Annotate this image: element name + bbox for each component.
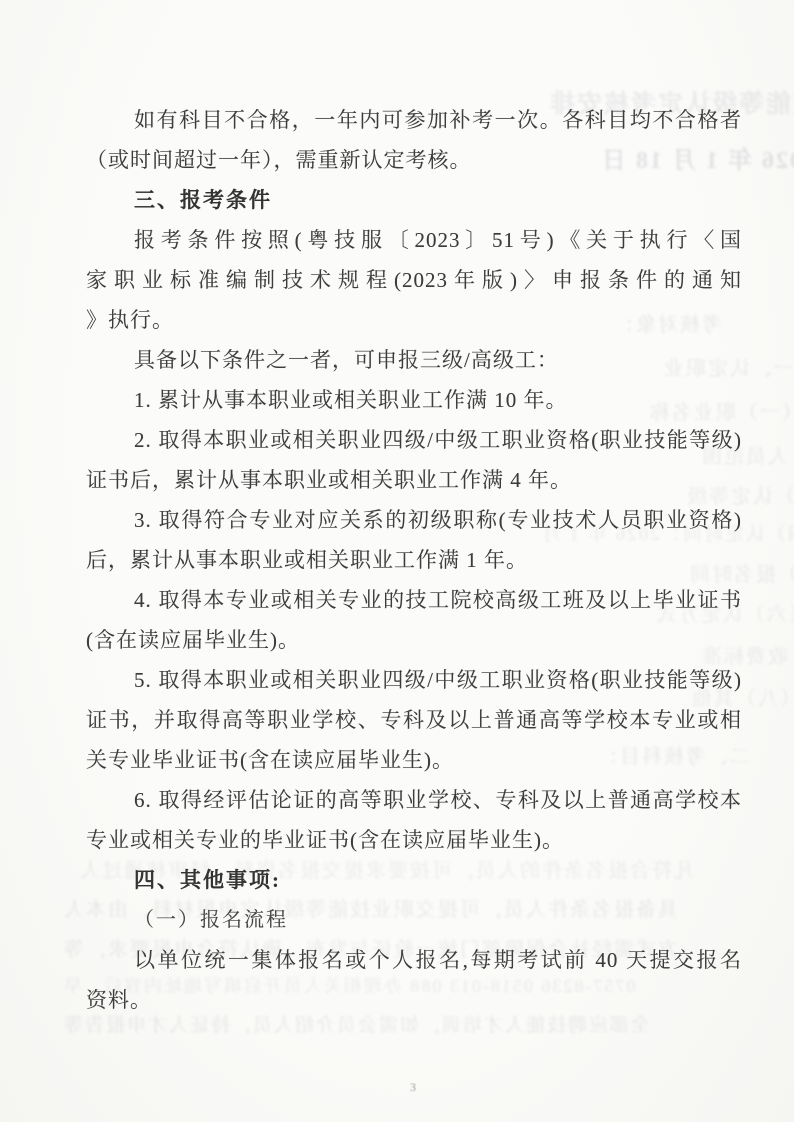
text-line: 4. 取得本专业或相关专业的技工院校高级工班及以上毕业证书 xyxy=(86,580,742,620)
text-line: 家职业标准编制技术规程(2023年版)〉申报条件的通知 xyxy=(86,260,742,300)
document-body: 如有科目不合格，一年内可参加补考一次。各科目均不合格者（或时间超过一年），需重新… xyxy=(86,100,742,1020)
text-line: 1. 累计从事本职业或相关职业工作满 10 年。 xyxy=(86,380,742,420)
text-line: 证书，并取得高等职业学校、专科及以上普通高等学校本专业或相 xyxy=(86,700,742,740)
text-line: 三、报考条件 xyxy=(86,180,742,220)
text-line: 报考条件按照(粤技服〔2023〕51号)《关于执行〈国 xyxy=(86,220,742,260)
text-line: 5. 取得本职业或相关职业四级/中级工职业资格(职业技能等级) xyxy=(86,660,742,700)
text-line: 关专业毕业证书(含在读应届毕业生)。 xyxy=(86,740,742,780)
text-line: 》执行。 xyxy=(86,300,742,340)
text-line: 后，累计从事本职业或相关职业工作满 1 年。 xyxy=(86,540,742,580)
text-line: 3. 取得符合专业对应关系的初级职称(专业技术人员职业资格) xyxy=(86,500,742,540)
document-page: 广东省职业技能等级认定考核安排2026 年 1 月 18 日考核对象：一、认定职… xyxy=(0,0,794,1122)
text-line: 专业或相关专业的毕业证书(含在读应届毕业生)。 xyxy=(86,820,742,860)
text-line: 资料。 xyxy=(86,980,742,1020)
text-line: 以单位统一集体报名或个人报名,每期考试前 40 天提交报名 xyxy=(86,940,742,980)
text-line: （一）报名流程 xyxy=(86,900,742,940)
text-line: (含在读应届毕业生)。 xyxy=(86,620,742,660)
text-line: （或时间超过一年），需重新认定考核。 xyxy=(86,140,742,180)
text-line: 6. 取得经评估论证的高等职业学校、专科及以上普通高学校本 xyxy=(86,780,742,820)
page-number: 3 xyxy=(410,1080,416,1095)
text-line: 2. 取得本职业或相关职业四级/中级工职业资格(职业技能等级) xyxy=(86,420,742,460)
text-line: 四、其他事项: xyxy=(86,860,742,900)
text-line: 如有科目不合格，一年内可参加补考一次。各科目均不合格者 xyxy=(86,100,742,140)
text-line: 证书后，累计从事本职业或相关职业工作满 4 年。 xyxy=(86,460,742,500)
text-line: 具备以下条件之一者，可申报三级/高级工： xyxy=(86,340,742,380)
